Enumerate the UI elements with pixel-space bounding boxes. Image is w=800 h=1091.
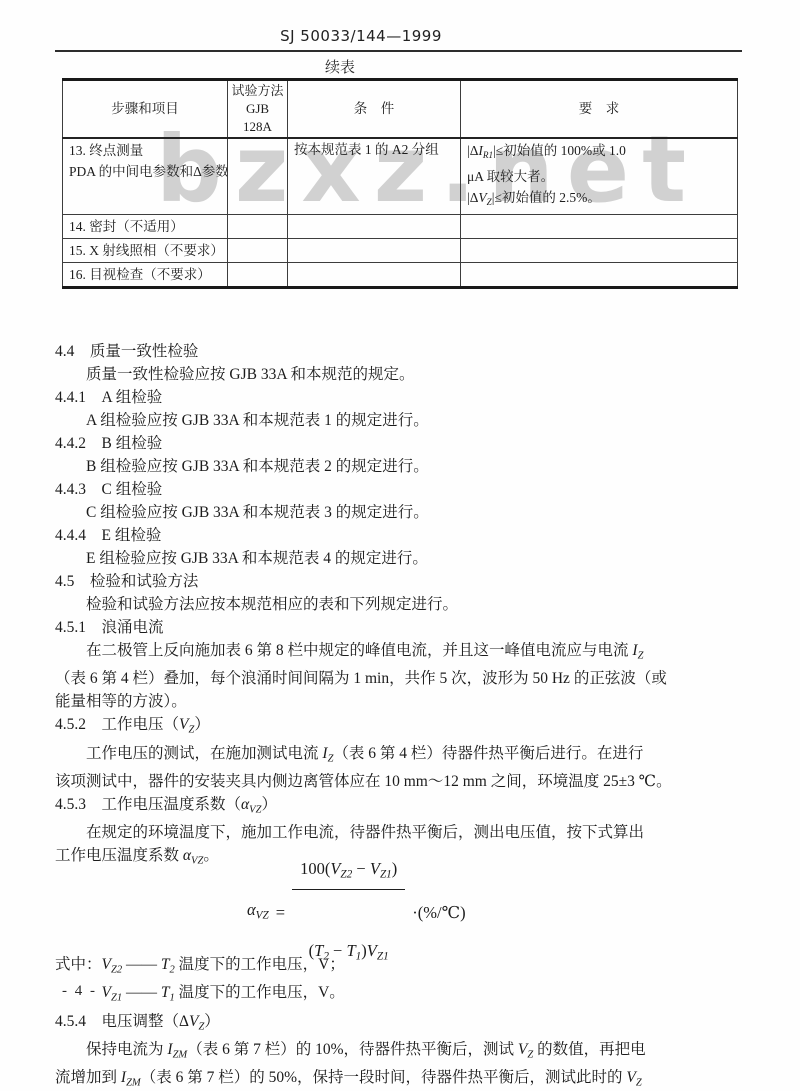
document-number: SJ 50033/144—1999 (0, 27, 722, 45)
section-heading: 4.4 质量一致性检验 (55, 340, 747, 363)
section-heading: 4.4.4 E 组检验 (55, 524, 747, 547)
section-heading: 4.4.2 B 组检验 (55, 432, 747, 455)
method-cell (228, 214, 288, 238)
condition-cell (288, 238, 461, 262)
paragraph-line: 该项测试中，器件的安装夹具内侧边离管体应在 10 mm～12 mm 之间，环境温… (55, 770, 747, 793)
step-cell: 15. X 射线照相（不要求） (63, 238, 228, 262)
section-heading: 4.4.3 C 组检验 (55, 478, 747, 501)
paragraph-line: 保持电流为 IZM（表 6 第 7 栏）的 10%，待器件热平衡后，测试 VZ … (55, 1038, 747, 1066)
step-line: 13. 终点测量 (69, 140, 221, 161)
paragraph-line: 工作电压的测试，在施加测试电流 IZ（表 6 第 4 栏）待器件热平衡后进行。在… (55, 742, 747, 770)
paragraph-line: 能量相等的方波）。 (55, 690, 747, 713)
paragraph-line: C 组检验应按 GJB 33A 和本规范表 3 的规定进行。 (55, 501, 747, 524)
column-header-method-line2: GJB 128A (230, 100, 285, 136)
formula-numerator: 100(VZ2 − VZ1) (292, 857, 405, 891)
formula-equals: = (276, 901, 285, 924)
column-header-step: 步骤和项目 (63, 80, 228, 139)
condition-cell: 按本规范表 1 的 A2 分组 (288, 138, 461, 214)
table-row: 14. 密封（不适用） (63, 214, 738, 238)
step-cell: 14. 密封（不适用） (63, 214, 228, 238)
table-row: 15. X 射线照相（不要求） (63, 238, 738, 262)
header-rule (55, 50, 742, 52)
section-heading: 4.5.1 浪涌电流 (55, 616, 747, 639)
requirement-cell: |ΔIR1|≤初始值的 100%或 1.0μA 取较大者。|ΔVZ|≤初始值的 … (461, 138, 738, 214)
formula: αVZ = 100(VZ2 − VZ1) (T2 − T1)VZ1 ·(%/℃) (55, 873, 747, 953)
table-header-row: 步骤和项目 试验方法 GJB 128A 条 件 要 求 (63, 80, 738, 139)
paragraph-line: E 组检验应按 GJB 33A 和本规范表 4 的规定进行。 (55, 547, 747, 570)
condition-cell (288, 214, 461, 238)
formula-lhs: αVZ (247, 898, 269, 928)
requirement-line: |ΔIR1|≤初始值的 100%或 1.0 (467, 140, 731, 166)
method-cell (228, 238, 288, 262)
formula-unit: ·(%/℃) (412, 901, 465, 924)
column-header-requirement: 要 求 (461, 80, 738, 139)
requirement-cell (461, 214, 738, 238)
requirement-cell (461, 238, 738, 262)
step-line: 15. X 射线照相（不要求） (69, 240, 221, 261)
column-header-method: 试验方法 GJB 128A (228, 80, 288, 139)
paragraph-line: A 组检验应按 GJB 33A 和本规范表 1 的规定进行。 (55, 409, 747, 432)
scanned-document-page: bzxz.net SJ 50033/144—1999 续表 步骤和项目 试验方法… (0, 0, 800, 1091)
paragraph-line: 检验和试验方法应按本规范相应的表和下列规定进行。 (55, 593, 747, 616)
section-heading: 4.4.1 A 组检验 (55, 386, 747, 409)
body-text: 4.4 质量一致性检验质量一致性检验应按 GJB 33A 和本规范的规定。4.4… (55, 271, 747, 1091)
step-cell: 13. 终点测量PDA 的中间电参数和Δ参数 (63, 138, 228, 214)
paragraph-line: B 组检验应按 GJB 33A 和本规范表 2 的规定进行。 (55, 455, 747, 478)
paragraph-line: 流增加到 IZM（表 6 第 7 栏）的 50%，保持一段时间，待器件热平衡后，… (55, 1066, 747, 1091)
step-line: PDA 的中间电参数和Δ参数 (69, 161, 221, 182)
table-row: 13. 终点测量PDA 的中间电参数和Δ参数按本规范表 1 的 A2 分组|ΔI… (63, 138, 738, 214)
paragraph-line: （表 6 第 4 栏）叠加，每个浪涌时间间隔为 1 min，共作 5 次，波形为… (55, 667, 747, 690)
method-cell (228, 138, 288, 214)
table-body: 13. 终点测量PDA 的中间电参数和Δ参数按本规范表 1 的 A2 分组|ΔI… (63, 138, 738, 287)
step-line: 14. 密封（不适用） (69, 216, 221, 237)
continued-table-label: 续表 (0, 56, 680, 77)
requirement-line: μA 取较大者。 (467, 166, 731, 187)
paragraph-line: 在二极管上反向施加表 6 第 8 栏中规定的峰值电流，并且这一峰值电流应与电流 … (55, 639, 747, 667)
requirement-line: |ΔVZ|≤初始值的 2.5%。 (467, 187, 731, 213)
paragraph-line: 质量一致性检验应按 GJB 33A 和本规范的规定。 (55, 363, 747, 386)
section-heading: 4.5 检验和试验方法 (55, 570, 747, 593)
test-steps-table: 步骤和项目 试验方法 GJB 128A 条 件 要 求 13. 终点测量PDA … (62, 78, 738, 289)
column-header-condition: 条 件 (288, 80, 461, 139)
section-heading: 4.5.2 工作电压（VZ） (55, 713, 747, 741)
column-header-method-line1: 试验方法 (230, 82, 285, 100)
